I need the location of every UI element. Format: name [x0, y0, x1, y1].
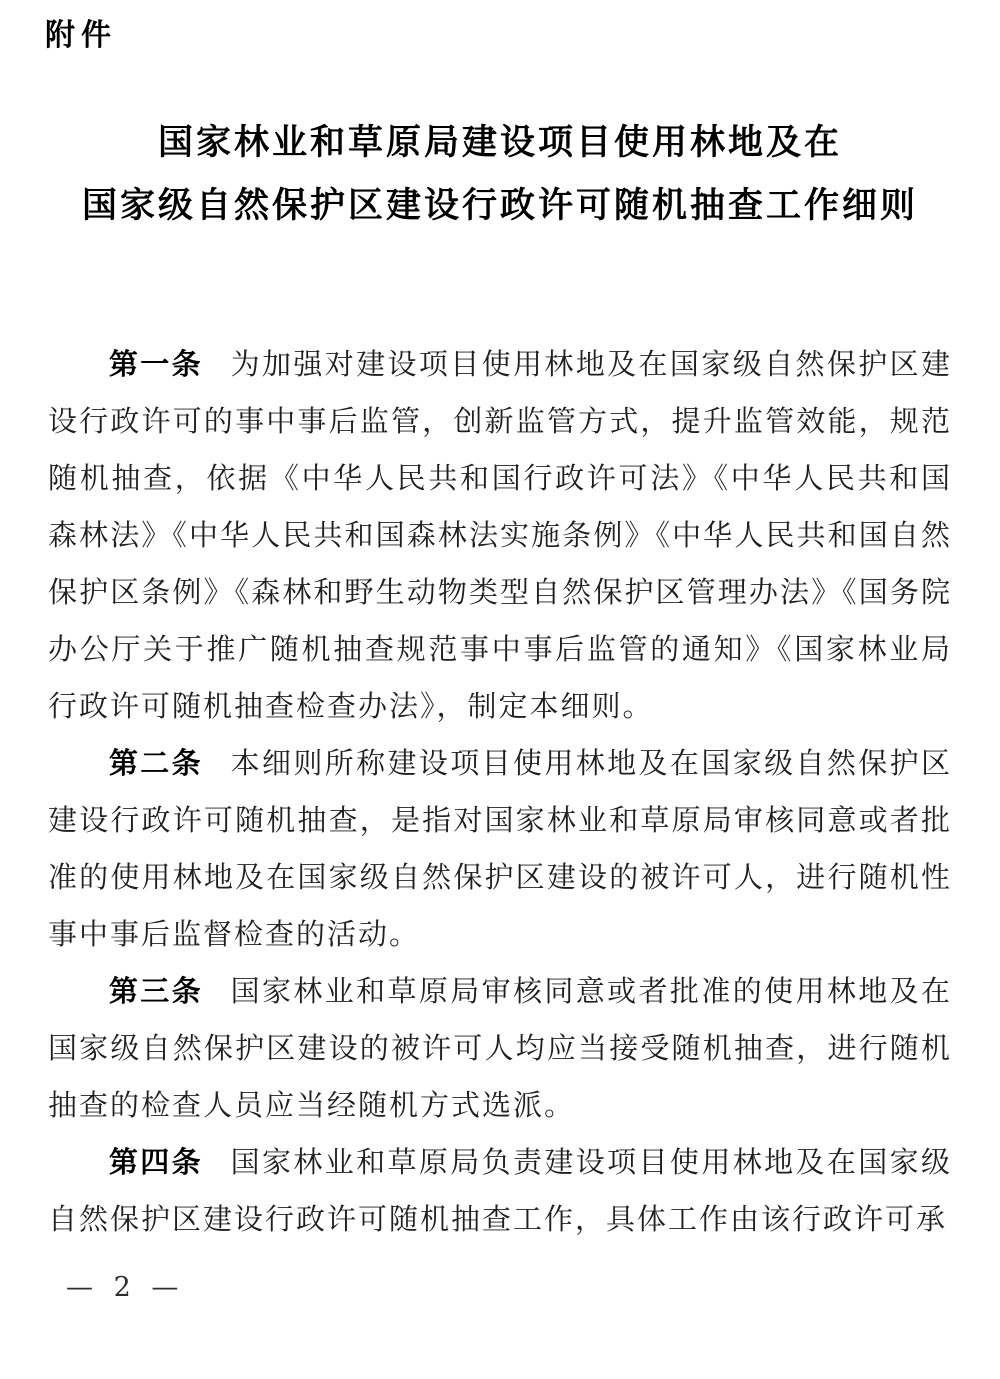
document-title: 国家林业和草原局建设项目使用林地及在 国家级自然保护区建设行政许可随机抽查工作细…	[0, 112, 1000, 238]
page-number: — 2 —	[66, 1272, 184, 1303]
document-title-line1: 国家林业和草原局建设项目使用林地及在	[0, 112, 1000, 175]
article-3-label: 第三条	[109, 974, 203, 1008]
article-paragraph-4: 第四条国家林业和草原局负责建设项目使用林地及在国家级自然保护区建设行政许可随机抽…	[48, 1134, 952, 1248]
document-title-line2: 国家级自然保护区建设行政许可随机抽查工作细则	[0, 175, 1000, 238]
article-1-text: 为加强对建设项目使用林地及在国家级自然保护区建设行政许可的事中事后监管，创新监管…	[48, 347, 952, 723]
document-page: 附件 国家林业和草原局建设项目使用林地及在 国家级自然保护区建设行政许可随机抽查…	[0, 0, 1000, 1379]
article-1-label: 第一条	[109, 347, 203, 381]
article-paragraph-3: 第三条国家林业和草原局审核同意或者批准的使用林地及在国家级自然保护区建设的被许可…	[48, 963, 952, 1134]
article-paragraph-1: 第一条为加强对建设项目使用林地及在国家级自然保护区建设行政许可的事中事后监管，创…	[48, 336, 952, 735]
document-body: 第一条为加强对建设项目使用林地及在国家级自然保护区建设行政许可的事中事后监管，创…	[48, 336, 952, 1248]
article-2-label: 第二条	[109, 746, 203, 780]
attachment-label: 附件	[45, 10, 117, 54]
article-paragraph-2: 第二条本细则所称建设项目使用林地及在国家级自然保护区建设行政许可随机抽查，是指对…	[48, 735, 952, 963]
article-4-label: 第四条	[109, 1145, 203, 1179]
